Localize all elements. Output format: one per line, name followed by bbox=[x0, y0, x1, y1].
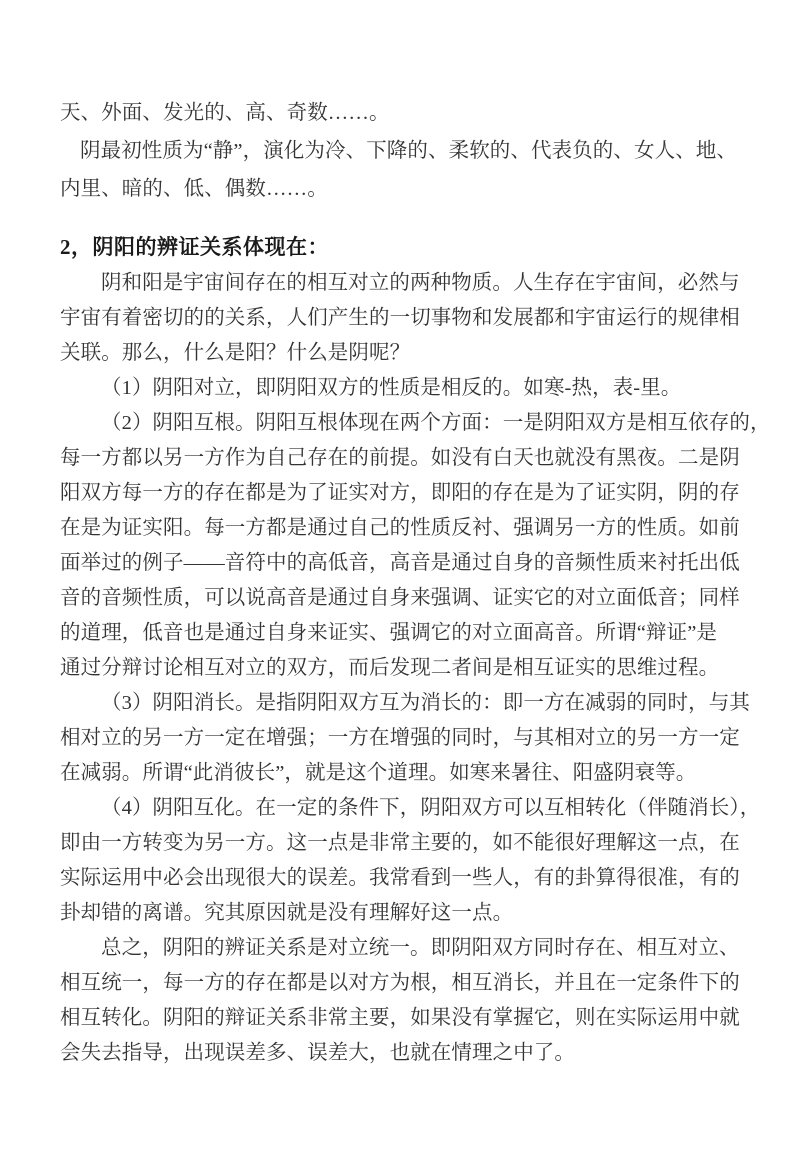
text-line: 即由一方转变为另一方。这一点是非常主要的，如不能很好理解这一点，在 bbox=[60, 826, 758, 861]
text-line: （3）阴阳消长。是指阴阳双方互为消长的：即一方在减弱的同时，与其 bbox=[60, 686, 758, 721]
text-line: 宇宙有着密切的的关系，人们产生的一切事物和发展都和宇宙运行的规律相 bbox=[60, 301, 758, 336]
text-line: 卦却错的离谱。究其原因就是没有理解好这一点。 bbox=[60, 896, 758, 931]
text-line: 相互统一，每一方的存在都是以对方为根，相互消长，并且在一定条件下的 bbox=[60, 966, 758, 1001]
text-line: （1）阴阳对立，即阴阳双方的性质是相反的。如寒-热，表-里。 bbox=[60, 371, 758, 406]
text-line: 阴最初性质为“静”，演化为冷、下降的、柔软的、代表负的、女人、地、 bbox=[60, 132, 758, 170]
carryover-paragraph-yin: 阴最初性质为“静”，演化为冷、下降的、柔软的、代表负的、女人、地、内里、暗的、低… bbox=[60, 132, 758, 208]
text-line: 在是为证实阳。每一方都是通过自己的性质反衬、强调另一方的性质。如前 bbox=[60, 511, 758, 546]
carryover-text-block: 天、外面、发光的、高、奇数……。阴最初性质为“静”，演化为冷、下降的、柔软的、代… bbox=[60, 94, 758, 208]
text-line: 面举过的例子——音符中的高低音，高音是通过自身的音频性质来衬托出低 bbox=[60, 546, 758, 581]
paragraph-2-hugen: （2）阴阳互根。阴阳互根体现在两个方面：一是阴阳双方是相互依存的，每一方都以另一… bbox=[60, 406, 758, 686]
text-line: （2）阴阳互根。阴阳互根体现在两个方面：一是阴阳双方是相互依存的， bbox=[60, 406, 758, 441]
text-line: 会失去指导，出现误差多、误差大，也就在情理之中了。 bbox=[60, 1036, 758, 1071]
document-page: 天、外面、发光的、高、奇数……。阴最初性质为“静”，演化为冷、下降的、柔软的、代… bbox=[0, 0, 810, 1172]
text-line: 实际运用中必会出现很大的误差。我常看到一些人，有的卦算得很准，有的 bbox=[60, 861, 758, 896]
paragraph-3-xiaozhang: （3）阴阳消长。是指阴阳双方互为消长的：即一方在减弱的同时，与其相对立的另一方一… bbox=[60, 686, 758, 791]
text-line: 每一方都以另一方作为自己存在的前提。如没有白天也就没有黑夜。二是阴 bbox=[60, 441, 758, 476]
text-line: 通过分辩讨论相互对立的双方，而后发现二者间是相互证实的思维过程。 bbox=[60, 651, 758, 686]
paragraph-overview: 阴和阳是宇宙间存在的相互对立的两种物质。人生存在宇宙间，必然与宇宙有着密切的的关… bbox=[60, 266, 758, 371]
paragraph-1-duili: （1）阴阳对立，即阴阳双方的性质是相反的。如寒-热，表-里。 bbox=[60, 371, 758, 406]
page-content: 天、外面、发光的、高、奇数……。阴最初性质为“静”，演化为冷、下降的、柔软的、代… bbox=[0, 0, 810, 1071]
section-body: 阴和阳是宇宙间存在的相互对立的两种物质。人生存在宇宙间，必然与宇宙有着密切的的关… bbox=[60, 266, 758, 1071]
text-line: 天、外面、发光的、高、奇数……。 bbox=[60, 94, 758, 132]
text-line: 相互转化。阴阳的辩证关系非常主要，如果没有掌握它，则在实际运用中就 bbox=[60, 1001, 758, 1036]
carryover-paragraph-yang: 天、外面、发光的、高、奇数……。 bbox=[60, 94, 758, 132]
text-line: 的道理，低音也是通过自身来证实、强调它的对立面高音。所谓“辩证”是 bbox=[60, 616, 758, 651]
section-heading: 2，阴阳的辨证关系体现在： bbox=[60, 228, 758, 266]
text-line: 音的音频性质，可以说高音是通过自身来强调、证实它的对立面低音；同样 bbox=[60, 581, 758, 616]
text-line: 在减弱。所谓“此消彼长”，就是这个道理。如寒来暑往、阳盛阴衰等。 bbox=[60, 756, 758, 791]
paragraph-summary: 总之，阴阳的辨证关系是对立统一。即阴阳双方同时存在、相互对立、相互统一，每一方的… bbox=[60, 931, 758, 1071]
paragraph-4-huhua: （4）阴阳互化。在一定的条件下，阴阳双方可以互相转化（伴随消长），即由一方转变为… bbox=[60, 791, 758, 931]
text-line: 阴和阳是宇宙间存在的相互对立的两种物质。人生存在宇宙间，必然与 bbox=[60, 266, 758, 301]
text-line: 关联。那么，什么是阳？什么是阴呢？ bbox=[60, 336, 758, 371]
text-line: 内里、暗的、低、偶数……。 bbox=[60, 170, 758, 208]
text-line: 阳双方每一方的存在都是为了证实对方，即阳的存在是为了证实阴，阴的存 bbox=[60, 476, 758, 511]
text-line: 总之，阴阳的辨证关系是对立统一。即阴阳双方同时存在、相互对立、 bbox=[60, 931, 758, 966]
text-line: （4）阴阳互化。在一定的条件下，阴阳双方可以互相转化（伴随消长）， bbox=[60, 791, 758, 826]
text-line: 相对立的另一方一定在增强；一方在增强的同时，与其相对立的另一方一定 bbox=[60, 721, 758, 756]
